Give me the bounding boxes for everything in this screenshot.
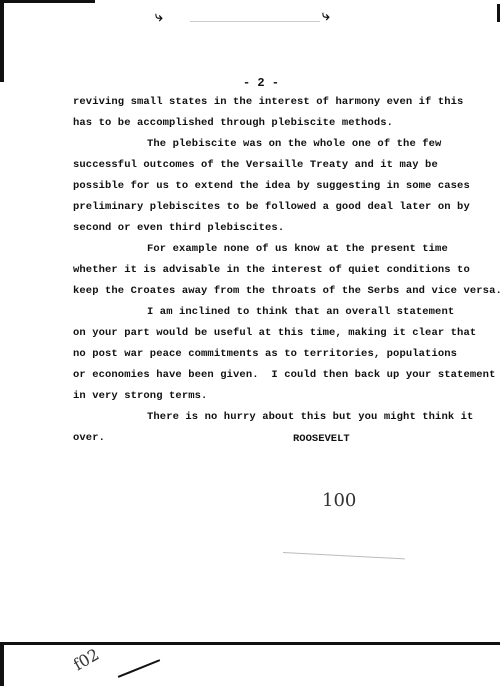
text-line: keep the Croates away from the throats o…	[73, 285, 500, 297]
hole-punch-mark-right: ⤷	[322, 9, 330, 25]
text-line: whether it is advisable in the interest …	[73, 264, 470, 276]
hole-punch-mark-left: ⤷	[155, 10, 163, 26]
text-line: has to be accomplished through plebiscit…	[73, 117, 393, 129]
text-line: possible for us to extend the idea by su…	[73, 180, 470, 192]
margin-stroke	[118, 659, 160, 677]
text-line: preliminary plebiscites to be followed a…	[73, 201, 470, 213]
signature: ROOSEVELT	[293, 433, 350, 445]
text-line: on your part would be useful at this tim…	[73, 327, 476, 339]
text-line: in very strong terms.	[73, 390, 207, 402]
text-line: reviving small states in the interest of…	[73, 96, 463, 108]
text-line: over.	[73, 432, 105, 444]
handwritten-margin-note: f02	[70, 645, 102, 675]
text-line: For example none of us know at the prese…	[147, 243, 448, 255]
handwritten-number: 100	[322, 490, 356, 511]
scan-border-left-top	[0, 0, 4, 82]
faint-scan-line-top	[190, 21, 320, 22]
text-line: second or even third plebiscites.	[73, 222, 284, 234]
text-line: or economies have been given. I could th…	[73, 369, 495, 381]
faint-pencil-line	[283, 552, 405, 559]
text-line: successful outcomes of the Versaille Tre…	[73, 159, 438, 171]
text-line: There is no hurry about this but you mig…	[147, 411, 473, 423]
text-line: I am inclined to think that an overall s…	[147, 306, 454, 318]
scan-border-bottom-left	[0, 642, 4, 686]
text-line: The plebiscite was on the whole one of t…	[147, 138, 441, 150]
text-line: no post war peace commitments as to terr…	[73, 348, 457, 360]
scan-border-top-left	[0, 0, 95, 3]
scan-border-bottom	[0, 642, 500, 645]
page-number: - 2 -	[243, 76, 279, 90]
